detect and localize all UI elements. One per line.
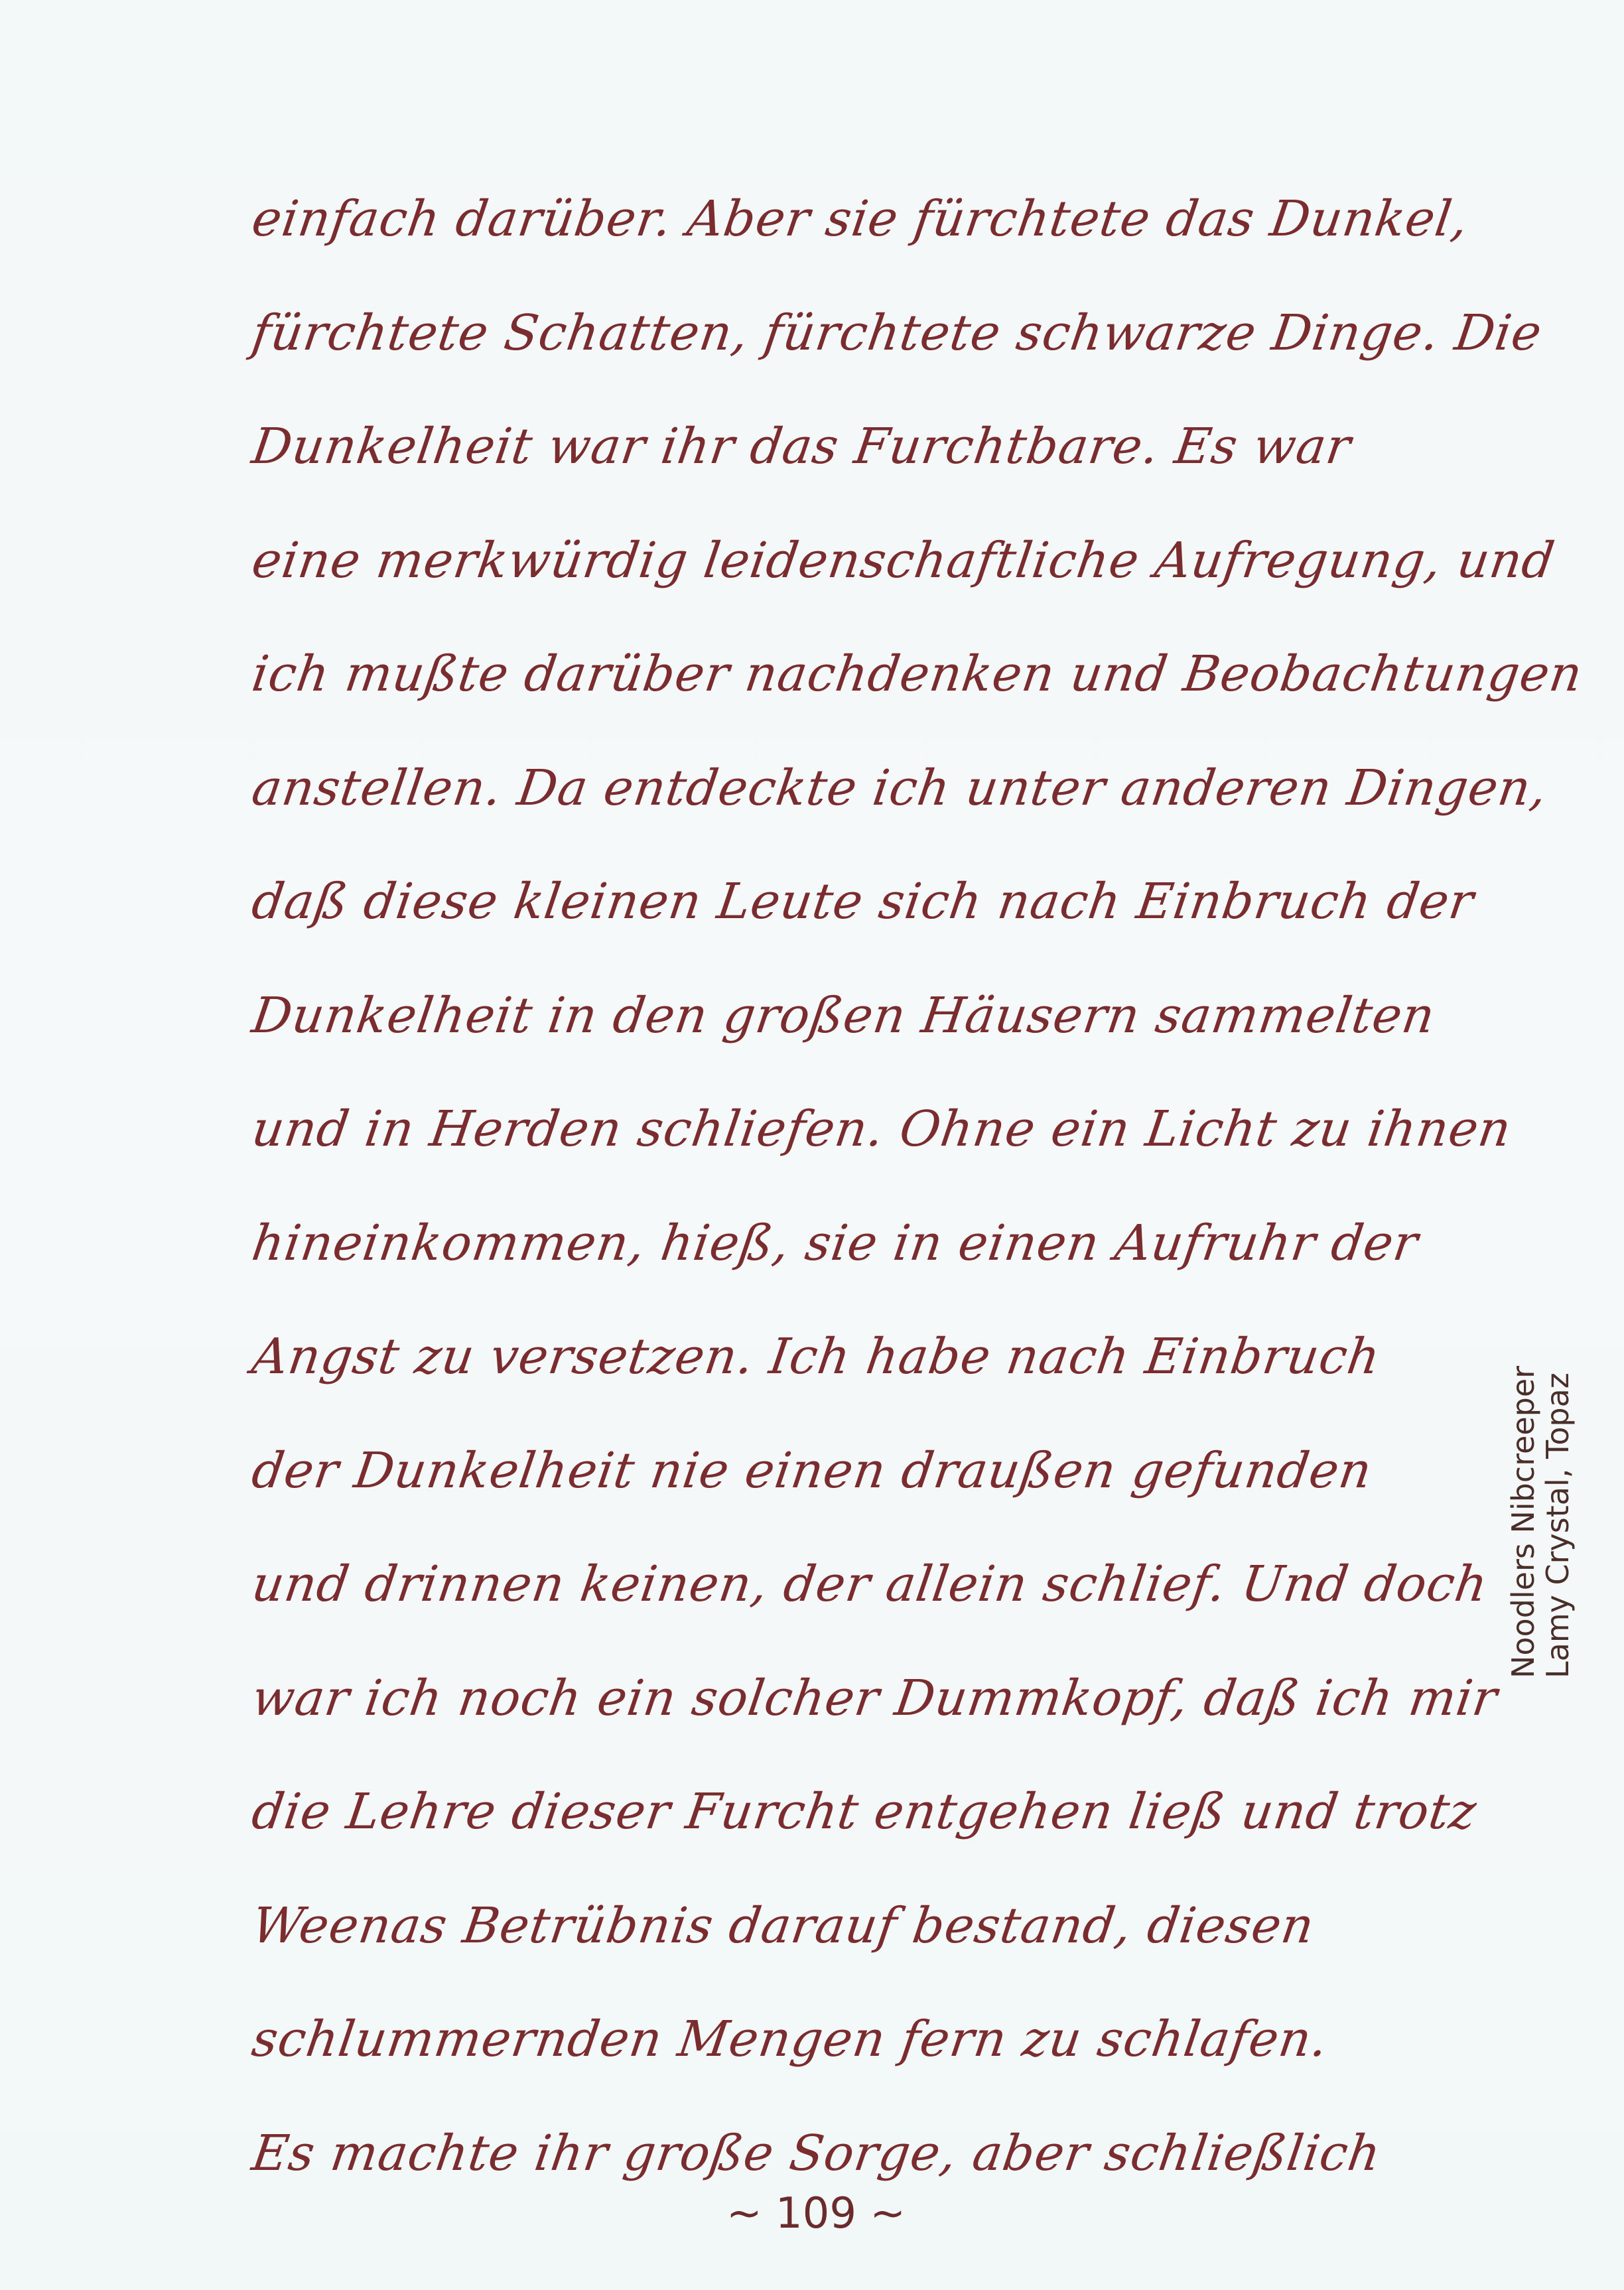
text-line: und in Herden schliefen. Ohne ein Licht …: [242, 1089, 1519, 1203]
handwritten-text-body: einfach darüber. Aber sie fürchtete das …: [242, 179, 1503, 2227]
margin-note: Noodlers Nibcreeper Lamy Crystal, Topaz: [1506, 1366, 1575, 1678]
text-line: einfach darüber. Aber sie fürchtete das …: [242, 179, 1519, 293]
margin-note-ink: Noodlers Nibcreeper: [1506, 1366, 1540, 1678]
text-line: die Lehre dieser Furcht entgehen ließ un…: [242, 1772, 1519, 1886]
text-line: Dunkelheit war ihr das Furchtbare. Es wa…: [242, 407, 1519, 521]
margin-note-pen: Lamy Crystal, Topaz: [1540, 1366, 1575, 1678]
text-line: Dunkelheit in den großen Häusern sammelt…: [242, 976, 1519, 1090]
text-line: Weenas Betrübnis darauf bestand, diesen: [242, 1886, 1519, 2000]
text-line: daß diese kleinen Leute sich nach Einbru…: [242, 862, 1519, 976]
text-line: anstellen. Da entdeckte ich unter andere…: [242, 748, 1519, 862]
text-line: Angst zu versetzen. Ich habe nach Einbru…: [242, 1317, 1519, 1431]
text-line: war ich noch ein solcher Dummkopf, daß i…: [242, 1658, 1519, 1773]
page-number: ~ 109 ~: [697, 2189, 935, 2238]
text-line: eine merkwürdig leidenschaftliche Aufreg…: [242, 521, 1519, 635]
text-line: der Dunkelheit nie einen draußen gefunde…: [242, 1431, 1519, 1545]
text-line: und drinnen keinen, der allein schlief. …: [242, 1544, 1519, 1658]
text-line: schlummernden Mengen fern zu schlafen.: [242, 1999, 1519, 2114]
handwritten-page: einfach darüber. Aber sie fürchtete das …: [0, 0, 1624, 2290]
text-line: hineinkommen, hieß, sie in einen Aufruhr…: [242, 1203, 1519, 1317]
text-line: fürchtete Schatten, fürchtete schwarze D…: [242, 293, 1519, 407]
text-line: ich mußte darüber nachdenken und Beobach…: [242, 634, 1519, 748]
